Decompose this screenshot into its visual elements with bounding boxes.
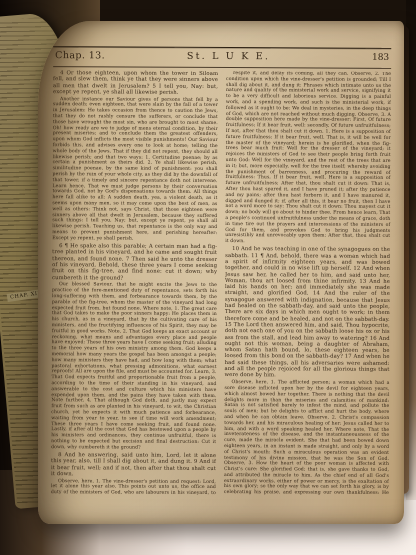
scripture-paragraph: 6 ¶ He spake also this parable; A certai… xyxy=(52,243,217,282)
page-content: Chap. 13. St. L U K E. 183 4 Or those ei… xyxy=(49,46,393,518)
commentary-paragraph: Another instance our Saviour gives of pe… xyxy=(52,97,218,243)
commentary-paragraph: respite it, and delay its coming, all th… xyxy=(225,71,391,246)
book-title: St. L U K E. xyxy=(187,51,270,62)
chapter-label: Chap. 13. xyxy=(55,50,105,61)
text-column-left: 4 Or those eighteen, upon whom the tower… xyxy=(51,70,218,495)
commentary-paragraph: Observe, here, 1. The vine-dresser's pet… xyxy=(51,479,216,495)
text-columns: 4 Or those eighteen, upon whom the tower… xyxy=(49,70,393,496)
page-number: 183 xyxy=(372,53,389,63)
running-header: Chap. 13. St. L U K E. 183 xyxy=(51,47,393,68)
scripture-paragraph: 10 And he was teaching in one of the syn… xyxy=(224,246,390,379)
commentary-paragraph: Observe, here, 1. The afflicted person; … xyxy=(224,380,390,496)
text-column-right: respite it, and delay its coming, all th… xyxy=(224,71,391,496)
book-page: Chap. 13. St. L U K E. 183 4 Or those ei… xyxy=(38,21,404,524)
book-photo: CHAP. XII. Chap. 13. St. L U K E. 183 4 … xyxy=(0,0,416,555)
commentary-paragraph: Our blessed Saviour, that he might excit… xyxy=(51,283,217,452)
scripture-paragraph: 4 Or those eighteen, upon whom the tower… xyxy=(53,70,218,96)
scripture-paragraph: 8 And he answering, said unto him, Lord,… xyxy=(51,452,216,478)
